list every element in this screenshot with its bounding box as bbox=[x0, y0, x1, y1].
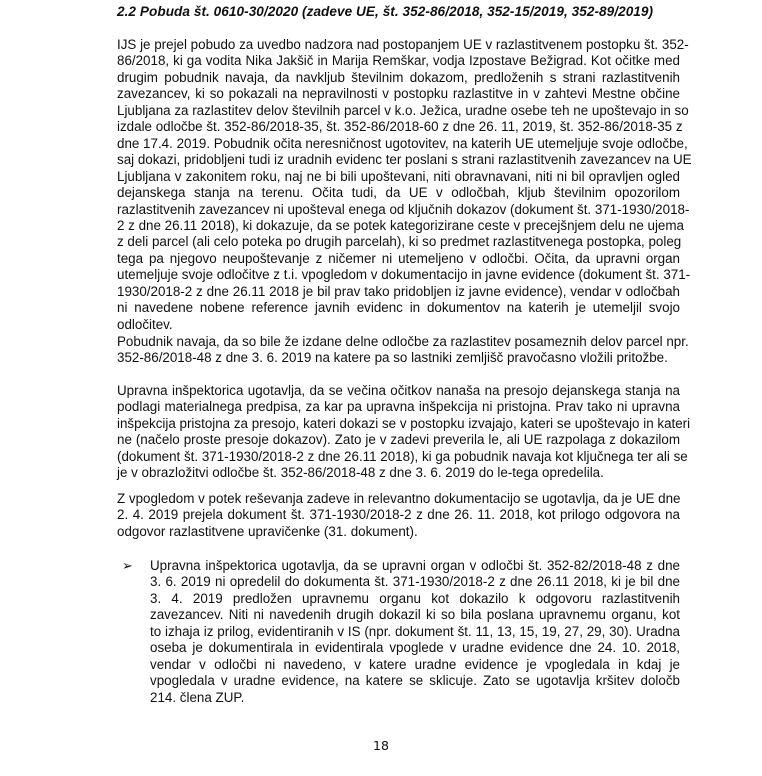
text-line: ne (načelo proste presoje dokazov). Zato… bbox=[117, 432, 680, 448]
text-line: 214. člena ZUP. bbox=[150, 690, 680, 706]
text-line: Ljubljana v zakonitem roku, naj ne bi bi… bbox=[117, 169, 680, 185]
text-line: drugim pobudnik navaja, da navkljub štev… bbox=[117, 70, 680, 86]
section-heading: 2.2 Pobuda št. 0610-30/2020 (zadeve UE, … bbox=[117, 4, 717, 19]
text-line: odgovor razlastitvene upravičenke (31. d… bbox=[117, 524, 680, 540]
page-number: 18 bbox=[0, 738, 762, 753]
text-line: je v obrazložitvi odločbe št. 352-86/201… bbox=[117, 465, 680, 481]
text-line: 3. 4. 2019 predložen upravnemu organu ko… bbox=[150, 591, 680, 607]
paragraph-partial-decisions: Pobudnik navaja, da so bile že izdane de… bbox=[117, 334, 680, 367]
text-line: IJS je prejel pobudo za uvedbo nadzora n… bbox=[117, 37, 680, 53]
text-line: 2 z dne 26.11 2018), ki dokazuje, da se … bbox=[117, 218, 680, 234]
text-line: 86/2018, ki ga vodita Nika Jakšič in Mar… bbox=[117, 53, 680, 69]
text-line: razlastitvenih zavezancev ni upošteval e… bbox=[117, 202, 680, 218]
text-line: Pobudnik navaja, da so bile že izdane de… bbox=[117, 334, 680, 350]
text-line: dejanskega stanja na terenu. Očita tudi,… bbox=[117, 185, 680, 201]
document-page: 2.2 Pobuda št. 0610-30/2020 (zadeve UE, … bbox=[0, 0, 762, 776]
text-line: tega pa njegovo neupoštevanje z ničemer … bbox=[117, 251, 680, 267]
text-line: 1930/2018-2 z dne 26.11 2018 je bil prav… bbox=[117, 284, 680, 300]
text-line: 2. 4. 2019 prejela dokument št. 371-1930… bbox=[117, 507, 680, 523]
text-line: izdale odločbe št. 352-86/2018-35, št. 3… bbox=[117, 119, 680, 135]
text-line: inšpekcija pristojna za presojo, kateri … bbox=[117, 416, 680, 432]
text-line: z deli parcel (ali celo poteka po drugih… bbox=[117, 234, 680, 250]
paragraph-complaint: IJS je prejel pobudo za uvedbo nadzora n… bbox=[117, 37, 680, 333]
text-line: zavezancev, ki so pokazali na nepravilno… bbox=[117, 86, 680, 102]
text-line: Upravna inšpektorica ugotavlja, da se ve… bbox=[117, 383, 680, 399]
text-line: Ljubljana za razlastitev delov številnih… bbox=[117, 103, 680, 119]
text-line: 352-86/2018-48 z dne 3. 6. 2019 na kater… bbox=[117, 350, 680, 366]
text-line: ni navedene nobene reference javnih evid… bbox=[117, 300, 680, 316]
text-line: zavezancev. Niti ni navedenih drugih dok… bbox=[150, 607, 680, 623]
arrow-bullet-icon: ➢ bbox=[122, 558, 133, 574]
paragraph-inspector-findings: Upravna inšpektorica ugotavlja, da se ve… bbox=[117, 383, 680, 482]
text-line: odločitev. bbox=[117, 317, 680, 333]
text-line: Upravna inšpektorica ugotavlja, da se up… bbox=[150, 558, 680, 574]
text-line: vpogledala v uradne evidence, na katere … bbox=[150, 673, 680, 689]
bullet-text: Upravna inšpektorica ugotavlja, da se up… bbox=[150, 558, 680, 706]
text-line: to izhaja iz prilog, evidentiranih v IS … bbox=[150, 624, 680, 640]
paragraph-document-review: Z vpogledom v potek reševanja zadeve in … bbox=[117, 491, 680, 540]
text-line: oseba je dokumentirala in evidentirala v… bbox=[150, 640, 680, 656]
text-line: saj dokazi, pridobljeni tudi iz uradnih … bbox=[117, 152, 680, 168]
text-line: 3. 6. 2019 ni opredelil do dokumenta št.… bbox=[150, 574, 680, 590]
text-line: (dokument št. 371-1930/2018-2 z dne 26.1… bbox=[117, 449, 680, 465]
text-line: dne 17.4. 2019. Pobudnik očita neresničn… bbox=[117, 136, 680, 152]
text-line: Z vpogledom v potek reševanja zadeve in … bbox=[117, 491, 680, 507]
text-line: vendar v odločbi ni navedeno, v katere u… bbox=[150, 657, 680, 673]
text-line: podlagi materialnega predpisa, za kar pa… bbox=[117, 399, 680, 415]
text-line: utemeljuje svoje odločitve z t.i. vpogle… bbox=[117, 267, 680, 283]
